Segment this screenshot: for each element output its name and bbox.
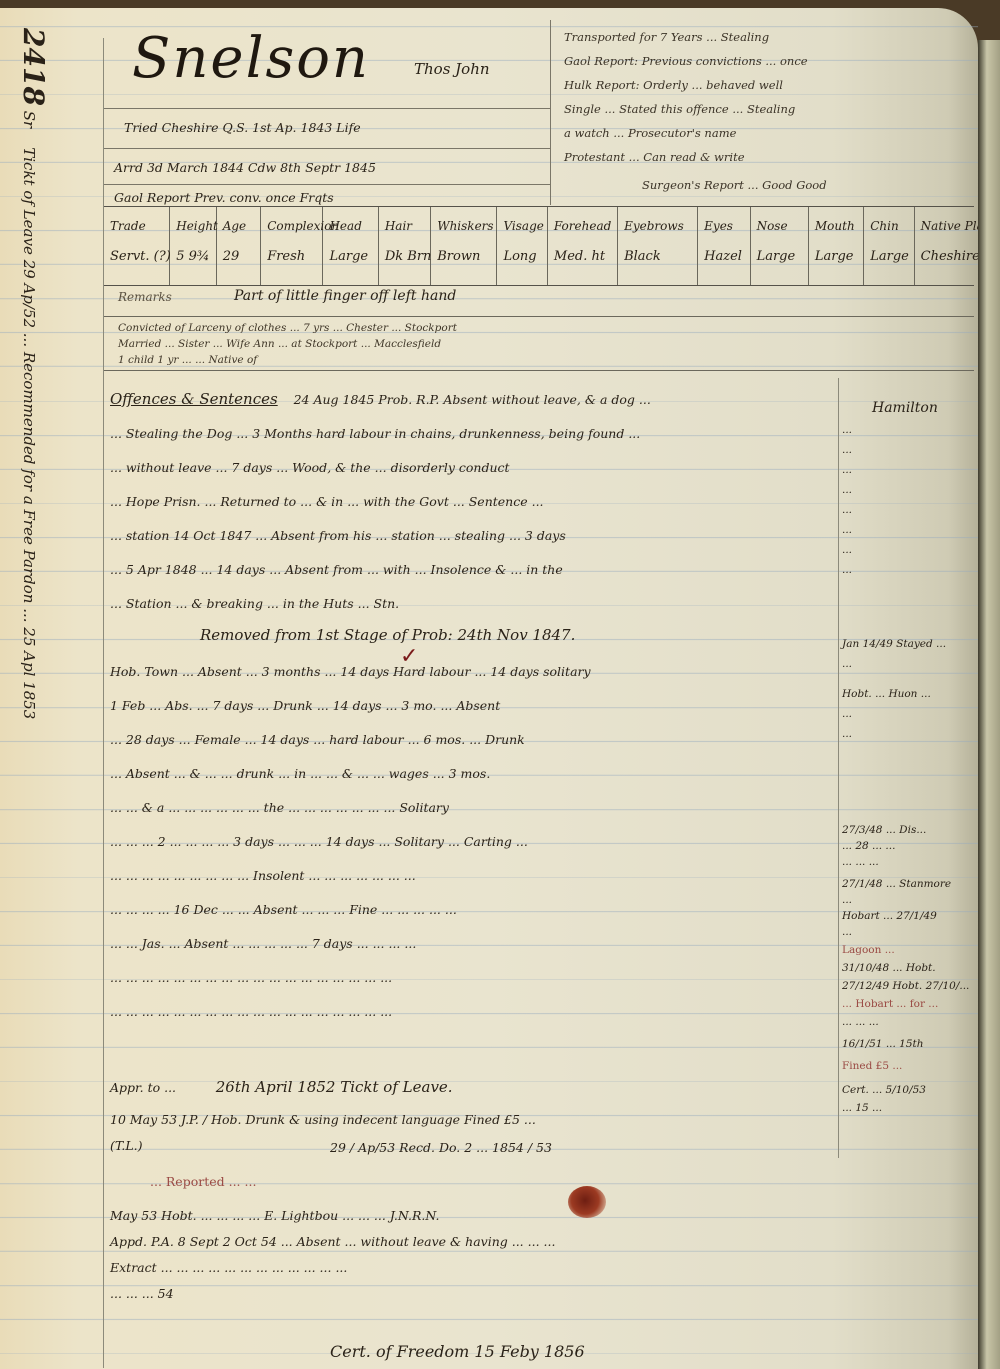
gaol-hulk-report-notes: Transported for 7 Years ... Stealing Gao… [552,22,932,202]
forename: Thos John [414,60,490,78]
remarks-row: Remarks Part of little finger off left h… [104,284,974,317]
later-line: Appd. P.A. 8 Sept 2 Oct 54 ... Absent ..… [110,1234,555,1249]
tried-line: Married ... Sister ... Wife Ann ... at S… [118,338,441,350]
side-note: ... 15 ... [842,1102,882,1114]
surname: Snelson [132,26,370,91]
certificate-of-freedom: Cert. of Freedom 15 Feby 1856 [330,1342,585,1361]
header-tried-line: Tried Cheshire Q.S. 1st Ap. 1843 Life [124,120,361,135]
desc-col-native-place: Native PlaceCheshire [915,207,974,285]
tried-line: 1 child 1 yr ... ... Native of [118,354,257,366]
side-note: ... [842,564,852,576]
later-line: Extract ... ... ... ... ... ... ... ... … [110,1260,347,1275]
side-note: Cert. ... 5/10/53 [842,1084,926,1096]
side-note: ... [842,926,852,938]
sentence-line: ... ... ... 2 ... ... ... ... 3 days ...… [110,834,528,849]
margin-annotation: 2418 Sr Tickt of Leave 29 Ap/52 ... Reco… [17,28,50,719]
sentence-line: Hob. Town ... Absent ... 3 months ... 14… [110,664,591,679]
side-note: Jan 14/49 Stayed ... [842,638,946,650]
side-note: 27/1/48 ... Stanmore [842,878,951,890]
offences-line-1: Offences & Sentences 24 Aug 1845 Prob. R… [110,390,651,408]
desc-col-forehead: ForeheadMed. ht [548,207,618,285]
later-line: May 53 Hobt. ... ... ... ... E. Lightbou… [110,1208,439,1223]
side-note: ... [842,894,852,906]
offences-line: ... Station ... & breaking ... in the Hu… [110,596,399,611]
desc-col-hair: HairDk Brn [379,207,431,285]
tried-line: Convicted of Larceny of clothes ... 7 yr… [118,322,457,334]
ledger-page: 2418 Sr Tickt of Leave 29 Ap/52 ... Reco… [0,8,978,1369]
note-line: Surgeon's Report ... Good Good [642,178,827,192]
side-note: 27/3/48 ... Dis... [842,824,926,836]
register-number: 2418 [17,28,50,106]
side-note: ... [842,504,852,516]
side-note: ... [842,728,852,740]
convicted-family-box: Convicted of Larceny of clothes ... 7 yr… [104,318,974,371]
margin-vertical-text: Tickt of Leave 29 Ap/52 ... Recommended … [20,147,38,719]
desc-col-eyebrows: EyebrowsBlack [618,207,698,285]
desc-col-eyes: EyesHazel [698,207,750,285]
offences-line: ... Stealing the Dog ... 3 Months hard l… [110,426,640,441]
side-note: ... [842,658,852,670]
side-note: ... [842,708,852,720]
offences-line: ... 5 Apr 1848 ... 14 days ... Absent fr… [110,562,563,577]
note-line: Transported for 7 Years ... Stealing [564,30,769,44]
divider [104,148,550,149]
sentence-line: ... ... ... ... ... ... ... ... ... ... … [110,1004,392,1019]
sentence-line: ... ... & a ... ... ... ... ... ... the … [110,800,449,815]
side-note: Fined £5 ... [842,1060,902,1072]
ticket-of-leave: 26th April 1852 Tickt of Leave. [216,1078,453,1096]
divider [104,108,550,109]
sentence-line: ... 28 days ... Female ... 14 days ... h… [110,732,525,747]
note-line: Gaol Report: Previous convictions ... on… [564,54,808,68]
side-note: 31/10/48 ... Hobt. [842,962,936,974]
side-note: 16/1/51 ... 15th [842,1038,924,1050]
side-note: 27/12/49 Hobt. 27/10/... [842,980,969,992]
remarks-label: Remarks [118,290,172,304]
side-note: ... ... ... [842,856,879,868]
side-note: ... [842,484,852,496]
side-note: Lagoon ... [842,944,895,956]
side-note: Hobart ... 27/1/49 [842,910,937,922]
desc-col-nose: NoseLarge [751,207,809,285]
note-line: a watch ... Prosecutor's name [564,126,736,140]
offences-line: ... station 14 Oct 1847 ... Absent from … [110,528,566,543]
physical-description-table: TradeServt. (?) Height5 9¾ Age29 Complex… [104,206,974,286]
desc-col-age: Age29 [217,207,261,285]
header-arrival-line: Arrd 3d March 1844 Cdw 8th Septr 1845 [114,160,376,175]
removed-from-probation: Removed from 1st Stage of Prob: 24th Nov… [200,626,575,644]
book-binding-edge [978,40,1000,1369]
header-gaol-line: Gaol Report Prev. conv. once Frqts [114,190,334,205]
red-ink-note: ... Reported ... ... [150,1174,256,1189]
sentence-line: ... ... ... ... ... ... ... ... ... Inso… [110,868,416,883]
offences-line: ... Hope Prisn. ... Returned to ... & in… [110,494,544,509]
desc-col-complexion: ComplexionFresh [261,207,323,285]
offences-line: ... without leave ... 7 days ... Wood, &… [110,460,510,475]
sentence-line: ... ... Jas. ... Absent ... ... ... ... … [110,936,416,951]
ticket-of-leave-line: Appr. to ... 26th April 1852 Tickt of Le… [110,1078,453,1096]
side-note: ... Hobart ... for ... [842,998,938,1010]
side-column-title: Hamilton [872,400,938,416]
later-received-line: 29 / Ap/53 Recd. Do. 2 ... 1854 / 53 [330,1140,552,1155]
note-line: Single ... Stated this offence ... Steal… [564,102,795,116]
desc-col-head: HeadLarge [323,207,378,285]
desc-col-whiskers: WhiskersBrown [431,207,497,285]
side-note: ... [842,464,852,476]
desc-col-visage: VisageLong [497,207,547,285]
sentence-line: 1 Feb ... Abs. ... 7 days ... Drunk ... … [110,698,500,713]
side-note: ... [842,524,852,536]
wax-seal-stain [568,1186,606,1218]
side-note: ... ... ... [842,1016,879,1028]
side-note: Hobt. ... Huon ... [842,688,931,700]
later-line: ... ... ... 54 [110,1286,174,1301]
remarks-value: Part of little finger off left hand [234,288,456,304]
note-line: Protestant ... Can read & write [564,150,745,164]
side-column-rule [838,378,839,1158]
desc-col-trade: TradeServt. (?) [104,207,170,285]
offences-title: Offences & Sentences [110,390,278,408]
side-note: ... 28 ... ... [842,840,895,852]
desc-col-mouth: MouthLarge [809,207,864,285]
side-note: ... [842,444,852,456]
later-offence-tl: (T.L.) [110,1138,143,1153]
note-line: Hulk Report: Orderly ... behaved well [564,78,783,92]
sentence-line: ... ... ... ... ... ... ... ... ... ... … [110,970,392,985]
sentence-line: ... Absent ... & ... ... drunk ... in ..… [110,766,490,781]
side-note: ... [842,424,852,436]
desc-col-chin: ChinLarge [864,207,914,285]
header-box: Snelson Thos John Tried Cheshire Q.S. 1s… [104,20,551,205]
side-note: ... [842,544,852,556]
ship-abbrev: Sr [20,111,38,128]
sentence-line: ... ... ... ... 16 Dec ... ... Absent ..… [110,902,457,917]
later-offence-line: 10 May 53 J.P. / Hob. Drunk & using inde… [110,1112,536,1127]
desc-col-height: Height5 9¾ [170,207,216,285]
divider [104,184,550,185]
